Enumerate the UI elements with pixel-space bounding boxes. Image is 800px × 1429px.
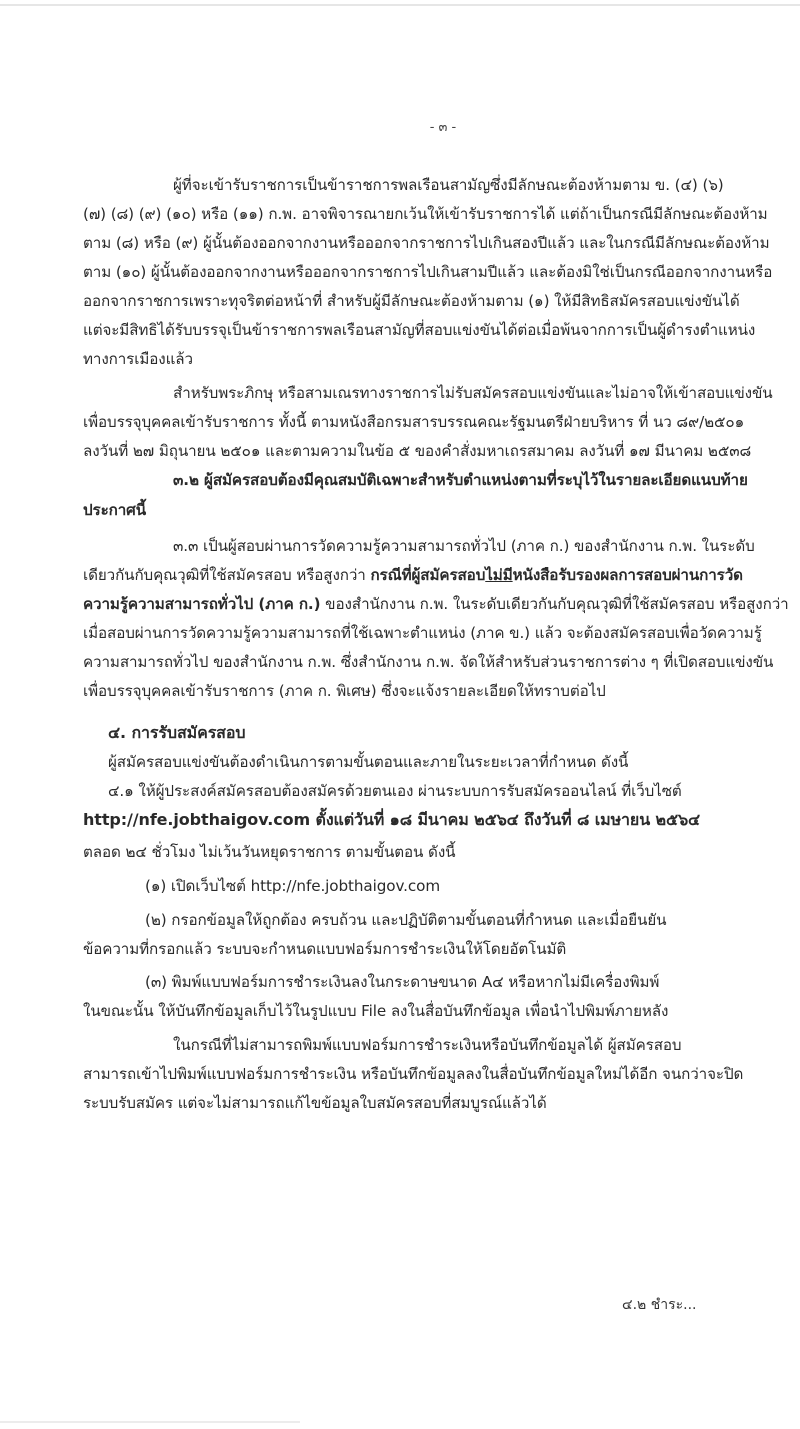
step-1: (๑) เปิดเว็บไซต์ http://nfe.jobthaigov.c… — [145, 876, 440, 896]
registration-dates: http://nfe.jobthaigov.com ตั้งแต่วันที่ … — [83, 810, 700, 830]
page-number: - ๓ - — [83, 116, 800, 137]
text-line: ลงวันที่ ๒๗ มิถุนายน ๒๕๐๑ และตามความในข้… — [83, 441, 751, 461]
text-bold: ความรู้ความสามารถทั่วไป (ภาค ก.) — [83, 595, 320, 613]
page-top-border — [0, 4, 800, 6]
text-line: ๓.๓ เป็นผู้สอบผ่านการวัดความรู้ความสามาร… — [173, 536, 755, 556]
text-line: ในขณะนั้น ให้บันทึกข้อมูลเก็บไว้ในรูปแบบ… — [83, 1001, 668, 1021]
text-line: (๗) (๘) (๙) (๑๐) หรือ (๑๑) ก.พ. อาจพิจาร… — [83, 204, 768, 224]
text-line: ความสามารถทั่วไป ของสำนักงาน ก.พ. ซึ่งสำ… — [83, 652, 773, 672]
text-line: เพื่อบรรจุบุคคลเข้ารับราชการ (ภาค ก. พิเ… — [83, 681, 606, 701]
continuation-marker: ๔.๒ ชำระ... — [622, 1294, 696, 1316]
section-heading: ๔. การรับสมัครสอบ — [108, 723, 245, 743]
step-3: (๓) พิมพ์แบบฟอร์มการชำระเงินลงในกระดาษขน… — [145, 972, 659, 992]
text-line: ทางการเมืองแล้ว — [83, 349, 193, 369]
text-line: ตลอด ๒๔ ชั่วโมง ไม่เว้นวันหยุดราชการ ตาม… — [83, 842, 455, 862]
page-bottom-border — [0, 1421, 300, 1423]
text-line: ผู้ที่จะเข้ารับราชการเป็นข้าราชการพลเรือ… — [173, 175, 724, 195]
text-line: เดียวกันกับคุณวุฒิที่ใช้สมัครสอบ หรือสูง… — [83, 565, 743, 585]
text-line: เมื่อสอบผ่านการวัดความรู้ความสามารถที่ใช… — [83, 623, 762, 643]
text-line: ในกรณีที่ไม่สามารถพิมพ์แบบฟอร์มการชำระเง… — [173, 1035, 681, 1055]
text-line: ออกจากราชการเพราะทุจริตต่อหน้าที่ สำหรับ… — [83, 291, 740, 311]
text-bold-underline: ไม่มี — [485, 566, 512, 584]
text-line: ความรู้ความสามารถทั่วไป (ภาค ก.) ของสำนั… — [83, 594, 789, 614]
text-line: ๔.๑ ให้ผู้ประสงค์สมัครสอบต้องสมัครด้วยตน… — [108, 781, 682, 801]
text-line: เพื่อบรรจุบุคคลเข้ารับราชการ ทั้งนี้ ตาม… — [83, 412, 744, 432]
step-2: (๒) กรอกข้อมูลให้ถูกต้อง ครบถ้วน และปฏิบ… — [145, 910, 666, 930]
text-line: ผู้สมัครสอบแข่งขันต้องดำเนินการตามขั้นตอ… — [108, 752, 628, 772]
text-line: ๓.๒ ผู้สมัครสอบต้องมีคุณสมบัติเฉพาะสำหรั… — [173, 470, 748, 490]
text-line: แต่จะมีสิทธิได้รับบรรจุเป็นข้าราชการพลเร… — [83, 320, 755, 340]
text-bold: หนังสือรับรองผลการสอบผ่านการวัด — [513, 566, 743, 584]
text-line: ข้อความที่กรอกแล้ว ระบบจะกำหนดแบบฟอร์มกา… — [83, 939, 566, 959]
text-normal: เดียวกันกับคุณวุฒิที่ใช้สมัครสอบ หรือสูง… — [83, 566, 370, 584]
text-line: สำหรับพระภิกษุ หรือสามเณรทางราชการไม่รับ… — [173, 383, 773, 403]
text-line: ประกาศนี้ — [83, 500, 146, 520]
text-line: ตาม (๑๐) ผู้นั้นต้องออกจากงานหรือออกจากร… — [83, 262, 772, 282]
text-bold: กรณีที่ผู้สมัครสอบ — [370, 566, 485, 584]
text-line: ระบบรับสมัคร แต่จะไม่สามารถแก้ไขข้อมูลใบ… — [83, 1093, 547, 1113]
text-line: สามารถเข้าไปพิมพ์แบบฟอร์มการชำระเงิน หรื… — [83, 1064, 743, 1084]
text-normal: ของสำนักงาน ก.พ. ในระดับเดียวกันกับคุณวุ… — [320, 595, 788, 613]
text-line: ตาม (๘) หรือ (๙) ผู้นั้นต้องออกจากงานหรื… — [83, 233, 769, 253]
